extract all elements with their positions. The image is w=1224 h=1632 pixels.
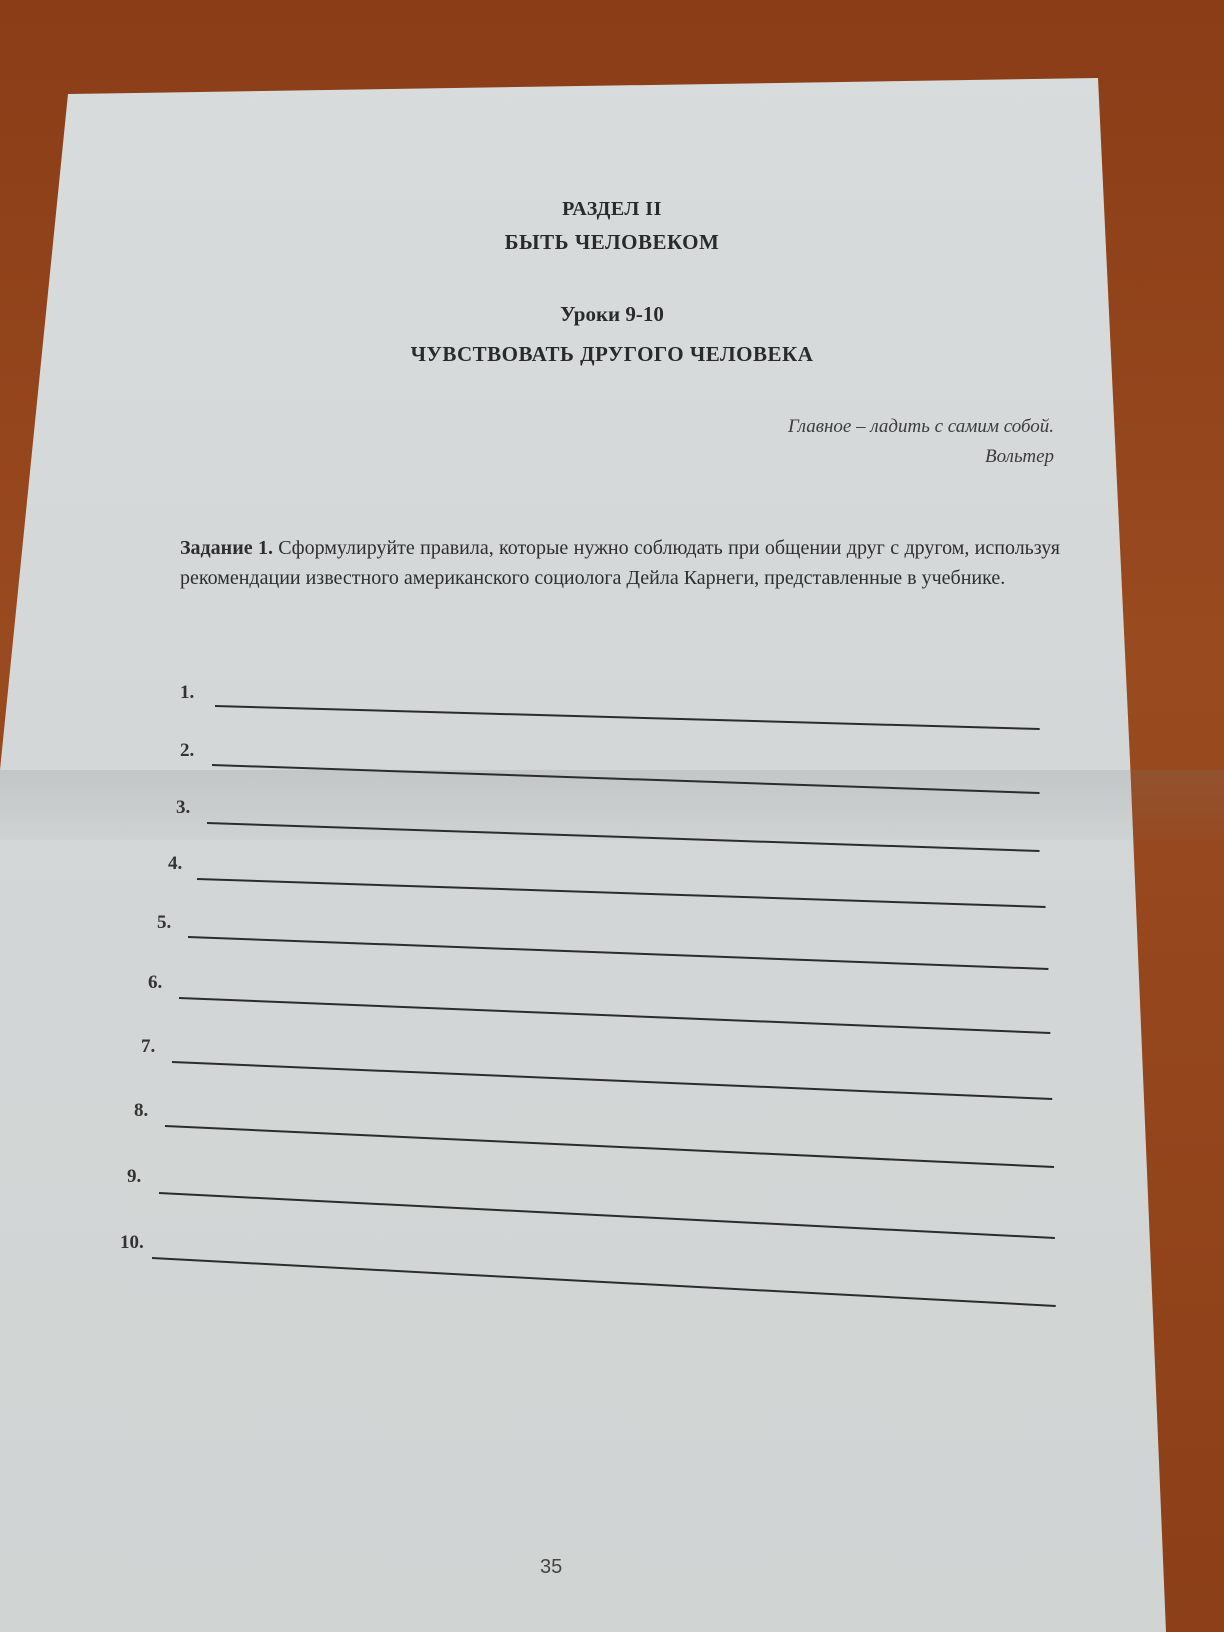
epigraph-author: Вольтер bbox=[985, 446, 1054, 468]
answer-number: 2. bbox=[180, 740, 194, 762]
epigraph-quote: Главное – ладить с самим собой. bbox=[788, 416, 1054, 438]
answer-number: 4. bbox=[168, 853, 182, 875]
answer-number: 5. bbox=[157, 912, 171, 934]
task-instructions: Задание 1. Сформулируйте правила, которы… bbox=[180, 533, 1060, 593]
answer-number: 9. bbox=[127, 1166, 141, 1188]
answer-number: 6. bbox=[148, 972, 162, 994]
lesson-title: ЧУВСТВОВАТЬ ДРУГОГО ЧЕЛОВЕКА bbox=[0, 342, 1224, 367]
lesson-label: Уроки 9-10 bbox=[0, 302, 1224, 327]
answer-number: 10. bbox=[120, 1232, 144, 1254]
section-label: РАЗДЕЛ II bbox=[0, 198, 1224, 221]
page-number: 35 bbox=[540, 1556, 562, 1579]
task-text: Сформулируйте правила, которые нужно соб… bbox=[180, 537, 1060, 589]
section-title: БЫТЬ ЧЕЛОВЕКОМ bbox=[0, 230, 1224, 255]
answer-number: 8. bbox=[134, 1100, 148, 1122]
answer-number: 3. bbox=[176, 797, 190, 819]
answer-number: 1. bbox=[180, 682, 194, 704]
answer-number: 7. bbox=[141, 1036, 155, 1058]
task-label: Задание 1. bbox=[180, 537, 273, 559]
